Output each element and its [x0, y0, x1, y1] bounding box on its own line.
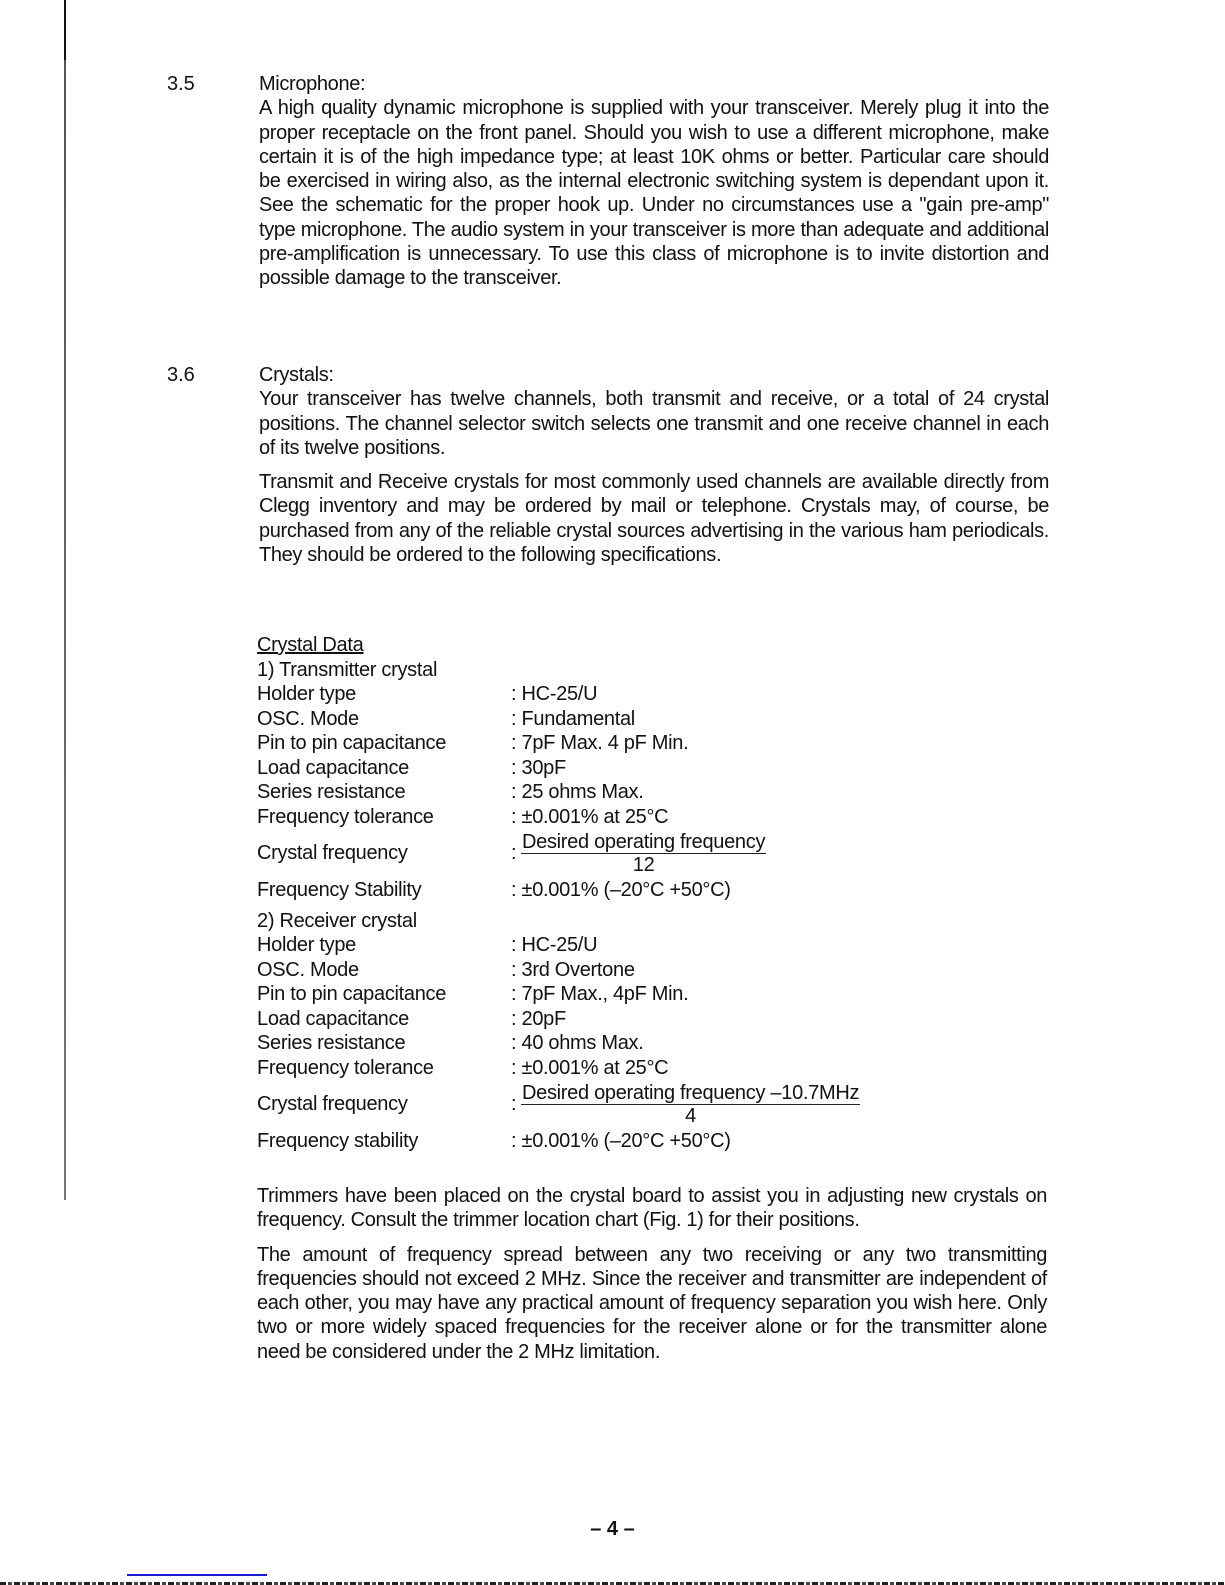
spec-label: Load capacitance	[257, 1007, 511, 1032]
frequency-formula: Desired operating frequency 12	[521, 831, 766, 876]
spec-value: : HC-25/U	[511, 682, 1017, 707]
spec-row: Holder type: HC-25/U	[257, 682, 1017, 707]
spec-row: OSC. Mode: Fundamental	[257, 707, 1017, 732]
spec-label: Pin to pin capacitance	[257, 982, 511, 1007]
spec-value: : ±0.001% (–20°C +50°C)	[511, 1129, 1017, 1154]
crystal-data-table: Crystal Data 1) Transmitter crystal Hold…	[257, 633, 1017, 1154]
spec-value: : 30pF	[511, 756, 1017, 781]
spec-row-frequency-stability: Frequency stability : ±0.001% (–20°C +50…	[257, 1129, 1017, 1154]
spec-value: : 40 ohms Max.	[511, 1031, 1017, 1056]
spec-label: Series resistance	[257, 1031, 511, 1056]
spec-label: Frequency stability	[257, 1129, 511, 1154]
spec-row: Frequency tolerance: ±0.001% at 25°C	[257, 805, 1017, 830]
spec-label: Load capacitance	[257, 756, 511, 781]
link-underline[interactable]	[127, 1574, 267, 1576]
spec-value: : 3rd Overtone	[511, 958, 1017, 983]
spec-row: OSC. Mode: 3rd Overtone	[257, 958, 1017, 983]
spec-label: Holder type	[257, 682, 511, 707]
paragraph: Transmit and Receive crystals for most c…	[259, 470, 1049, 567]
spec-label: Holder type	[257, 933, 511, 958]
spec-row: Series resistance: 40 ohms Max.	[257, 1031, 1017, 1056]
formula-denominator: 4	[685, 1105, 696, 1127]
paragraph: Your transceiver has twelve channels, bo…	[259, 387, 1049, 460]
spec-row: Holder type: HC-25/U	[257, 933, 1017, 958]
spec-label: Frequency tolerance	[257, 805, 511, 830]
frequency-formula: Desired operating frequency –10.7MHz 4	[521, 1082, 860, 1127]
spec-value: : Desired operating frequency –10.7MHz 4	[511, 1082, 1017, 1127]
spec-row-crystal-frequency: Crystal frequency : Desired operating fr…	[257, 829, 1017, 878]
spec-label: OSC. Mode	[257, 958, 511, 983]
receiver-spec-rows: Holder type: HC-25/UOSC. Mode: 3rd Overt…	[257, 933, 1017, 1080]
spec-value: : 7pF Max., 4pF Min.	[511, 982, 1017, 1007]
spec-row: Load capacitance: 20pF	[257, 1007, 1017, 1032]
transmitter-spec-rows: Holder type: HC-25/UOSC. Mode: Fundament…	[257, 682, 1017, 829]
spec-value: : HC-25/U	[511, 933, 1017, 958]
section-number: 3.6	[167, 363, 195, 387]
spec-label: Crystal frequency	[257, 841, 511, 866]
spec-value: : Fundamental	[511, 707, 1017, 732]
section-body: Microphone: A high quality dynamic micro…	[259, 72, 1049, 291]
spec-row: Series resistance: 25 ohms Max.	[257, 780, 1017, 805]
spec-value: : 7pF Max. 4 pF Min.	[511, 731, 1017, 756]
section-heading: Crystals:	[259, 363, 1049, 387]
spec-value: : 20pF	[511, 1007, 1017, 1032]
paragraph: Trimmers have been placed on the crystal…	[257, 1184, 1047, 1233]
spec-row: Load capacitance: 30pF	[257, 756, 1017, 781]
spec-label: Frequency tolerance	[257, 1056, 511, 1081]
spec-row-crystal-frequency: Crystal frequency : Desired operating fr…	[257, 1080, 1017, 1129]
spec-row-frequency-stability: Frequency Stability : ±0.001% (–20°C +50…	[257, 878, 1017, 903]
section-heading: Microphone:	[259, 72, 1049, 96]
spec-label: Series resistance	[257, 780, 511, 805]
spec-label: Frequency Stability	[257, 878, 511, 903]
section-number: 3.5	[167, 72, 195, 96]
formula-numerator: Desired operating frequency –10.7MHz	[521, 1082, 860, 1105]
spec-label: OSC. Mode	[257, 707, 511, 732]
formula-numerator: Desired operating frequency	[521, 831, 766, 854]
formula-denominator: 12	[633, 854, 655, 876]
paragraph: The amount of frequency spread between a…	[257, 1243, 1047, 1364]
spec-value: : 25 ohms Max.	[511, 780, 1017, 805]
spec-label: Crystal frequency	[257, 1092, 511, 1117]
receiver-crystal-heading: 2) Receiver crystal	[257, 909, 1017, 934]
spec-label: Pin to pin capacitance	[257, 731, 511, 756]
spec-row: Pin to pin capacitance: 7pF Max. 4 pF Mi…	[257, 731, 1017, 756]
spec-value: : ±0.001% (–20°C +50°C)	[511, 878, 1017, 903]
closing-text: Trimmers have been placed on the crystal…	[257, 1184, 1047, 1364]
crystal-data-title: Crystal Data	[257, 633, 1017, 658]
page-number: – 4 –	[0, 1518, 1225, 1541]
spec-row: Frequency tolerance: ±0.001% at 25°C	[257, 1056, 1017, 1081]
spec-value: : Desired operating frequency 12	[511, 831, 1017, 876]
binding-margin-line	[64, 0, 66, 1200]
paragraph: A high quality dynamic microphone is sup…	[259, 96, 1049, 290]
spec-value: : ±0.001% at 25°C	[511, 805, 1017, 830]
spec-row: Pin to pin capacitance: 7pF Max., 4pF Mi…	[257, 982, 1017, 1007]
spec-value: : ±0.001% at 25°C	[511, 1056, 1017, 1081]
transmitter-crystal-heading: 1) Transmitter crystal	[257, 658, 1017, 683]
section-body: Crystals: Your transceiver has twelve ch…	[259, 363, 1049, 567]
